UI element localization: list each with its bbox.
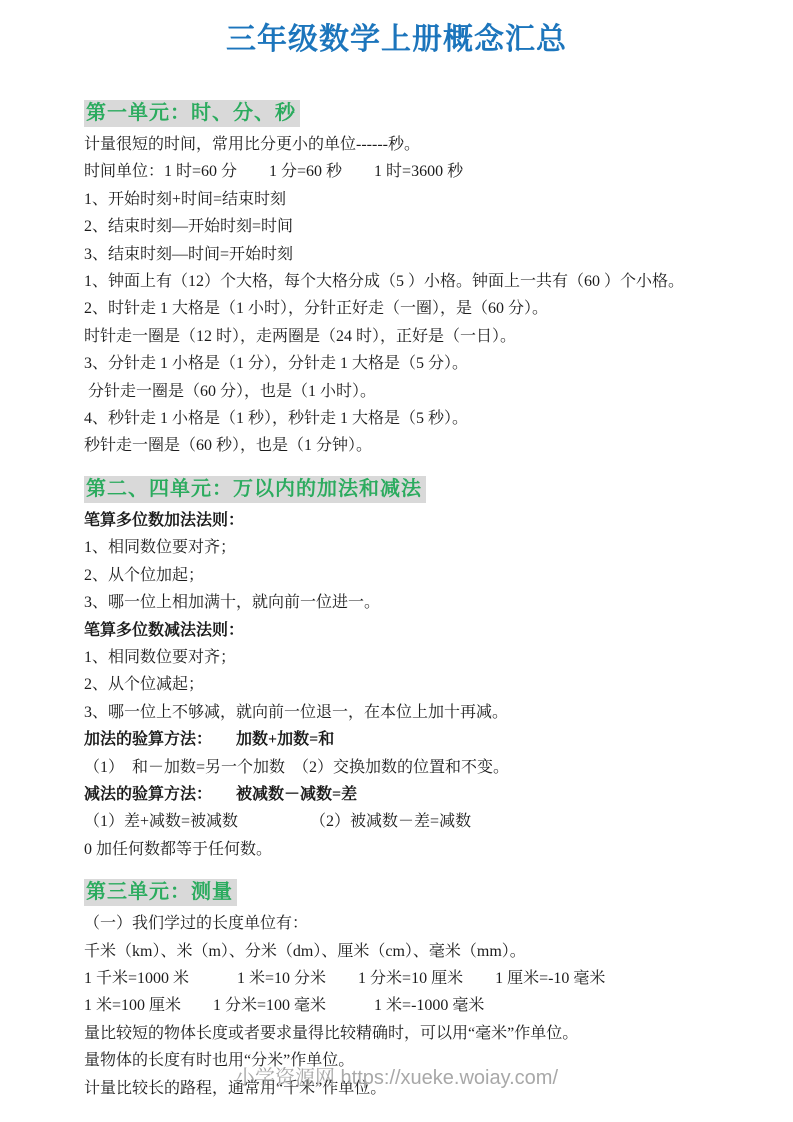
text-line: 2、时针走 1 大格是（1 小时），分针正好走（一圈），是（60 分）。 xyxy=(84,295,760,322)
text-line: 计量比较长的路程，通常用“千米”作单位。 xyxy=(84,1075,760,1102)
section-heading-2: 第二、四单元：万以内的加法和减法 xyxy=(84,476,426,503)
text-line: 千米（km）、米（m）、分米（dm）、厘米（cm）、毫米（mm）。 xyxy=(84,938,760,965)
section-heading-1: 第一单元：时、分、秒 xyxy=(84,100,300,127)
text-line: 1、相同数位要对齐； xyxy=(84,644,760,671)
text-line: 1、钟面上有（12）个大格，每个大格分成（5 ）小格。钟面上一共有（60 ）个小… xyxy=(84,268,760,295)
text-line: 量比较短的物体长度或者要求量得比较精确时，可以用“毫米”作单位。 xyxy=(84,1020,760,1047)
text-line: 量物体的长度有时也用“分米”作单位。 xyxy=(84,1047,760,1074)
text-line: 减法的验算方法： 被减数－减数=差 xyxy=(84,781,760,808)
text-line: 分针走一圈是（60 分），也是（1 小时）。 xyxy=(84,378,760,405)
text-line: 笔算多位数减法法则： xyxy=(84,617,760,644)
text-line: 3、哪一位上相加满十，就向前一位进一。 xyxy=(84,589,760,616)
text-line: 时间单位：1 时=60 分 1 分=60 秒 1 时=3600 秒 xyxy=(84,158,760,185)
text-line: 2、结束时刻—开始时刻=时间 xyxy=(84,213,760,240)
text-line: 时针走一圈是（12 时），走两圈是（24 时），正好是（一日）。 xyxy=(84,323,760,350)
section-heading-3: 第三单元：测量 xyxy=(84,879,237,906)
text-line: 0 加任何数都等于任何数。 xyxy=(84,836,760,863)
text-line: 4、秒针走 1 小格是（1 秒），秒针走 1 大格是（5 秒）。 xyxy=(84,405,760,432)
text-line: 加法的验算方法： 加数+加数=和 xyxy=(84,726,760,753)
text-line: （1）差+减数=被减数 （2）被减数－差=减数 xyxy=(84,808,760,835)
text-line: （1） 和－加数=另一个加数 （2）交换加数的位置和不变。 xyxy=(84,754,760,781)
text-line: 1、相同数位要对齐； xyxy=(84,534,760,561)
text-line: 2、从个位减起； xyxy=(84,671,760,698)
text-line: 3、分针走 1 小格是（1 分），分针走 1 大格是（5 分）。 xyxy=(84,350,760,377)
text-line: 1 米=100 厘米 1 分米=100 毫米 1 米=-1000 毫米 xyxy=(84,992,760,1019)
text-line: （一）我们学过的长度单位有： xyxy=(84,910,760,937)
text-line: 1 千米=1000 米 1 米=10 分米 1 分米=10 厘米 1 厘米=-1… xyxy=(84,965,760,992)
text-line: 秒针走一圈是（60 秒），也是（1 分钟）。 xyxy=(84,432,760,459)
text-line: 2、从个位加起； xyxy=(84,562,760,589)
text-line: 笔算多位数加法法则： xyxy=(84,507,760,534)
document-page: 三年级数学上册概念汇总 第一单元：时、分、秒计量很短的时间，常用比分更小的单位-… xyxy=(0,0,793,1122)
text-line: 计量很短的时间，常用比分更小的单位------秒。 xyxy=(84,131,760,158)
page-title: 三年级数学上册概念汇总 xyxy=(0,22,793,58)
text-line: 1、开始时刻+时间=结束时刻 xyxy=(84,186,760,213)
document-body: 第一单元：时、分、秒计量很短的时间，常用比分更小的单位------秒。时间单位：… xyxy=(84,84,760,1102)
text-line: 3、结束时刻—时间=开始时刻 xyxy=(84,241,760,268)
text-line: 3、哪一位上不够减，就向前一位退一，在本位上加十再减。 xyxy=(84,699,760,726)
